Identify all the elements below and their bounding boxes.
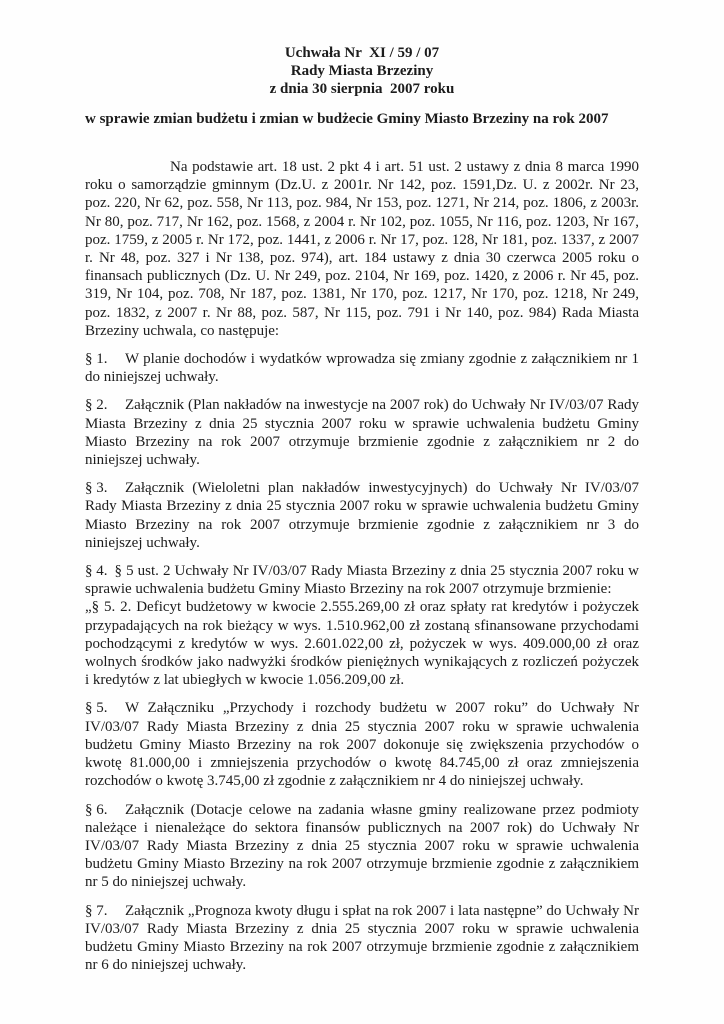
section-1-marker: § 1.: [85, 350, 125, 368]
legal-basis-paragraph: Na podstawie art. 18 ust. 2 pkt 4 i art.…: [85, 158, 639, 340]
document-body: Na podstawie art. 18 ust. 2 pkt 4 i art.…: [85, 158, 639, 974]
section-4-marker: § 4.: [85, 562, 108, 580]
section-5: § 5.W Załączniku „Przychody i rozchody b…: [85, 699, 639, 790]
section-7-text: Załącznik „Prognoza kwoty długu i spłat …: [85, 903, 639, 974]
section-2-marker: § 2.: [85, 396, 125, 414]
section-3-marker: § 3.: [85, 479, 125, 497]
section-3-text: Załącznik (Wieloletni plan nakładów inwe…: [85, 480, 639, 551]
section-5-marker: § 5.: [85, 699, 125, 717]
section-7-marker: § 7.: [85, 902, 125, 920]
title-block: Uchwała Nr XI / 59 / 07 Rady Miasta Brze…: [85, 44, 639, 98]
section-1-text: W planie dochodów i wydatków wprowadza s…: [85, 351, 639, 385]
section-4: § 4.§ 5 ust. 2 Uchwały Nr IV/03/07 Rady …: [85, 562, 639, 689]
resolution-subject: w sprawie zmian budżetu i zmian w budżec…: [85, 110, 639, 128]
section-7: § 7.Załącznik „Prognoza kwoty długu i sp…: [85, 902, 639, 975]
resolution-date: z dnia 30 sierpnia 2007 roku: [85, 80, 639, 98]
document-page: Uchwała Nr XI / 59 / 07 Rady Miasta Brze…: [0, 0, 724, 1024]
council-name: Rady Miasta Brzeziny: [85, 62, 639, 80]
section-2: § 2.Załącznik (Plan nakładów na inwestyc…: [85, 396, 639, 469]
resolution-number: Uchwała Nr XI / 59 / 07: [85, 44, 639, 62]
section-6: § 6.Załącznik (Dotacje celowe na zadania…: [85, 801, 639, 892]
section-6-text: Załącznik (Dotacje celowe na zadania wła…: [85, 802, 639, 891]
section-2-text: Załącznik (Plan nakładów na inwestycje n…: [85, 397, 639, 468]
section-4-text: § 5 ust. 2 Uchwały Nr IV/03/07 Rady Mias…: [85, 563, 639, 597]
section-1: § 1.W planie dochodów i wydatków wprowad…: [85, 350, 639, 386]
section-4-quote: „§ 5. 2. Deficyt budżetowy w kwocie 2.55…: [85, 599, 639, 688]
section-3: § 3.Załącznik (Wieloletni plan nakładów …: [85, 479, 639, 552]
section-5-text: W Załączniku „Przychody i rozchody budże…: [85, 700, 639, 789]
section-6-marker: § 6.: [85, 801, 125, 819]
